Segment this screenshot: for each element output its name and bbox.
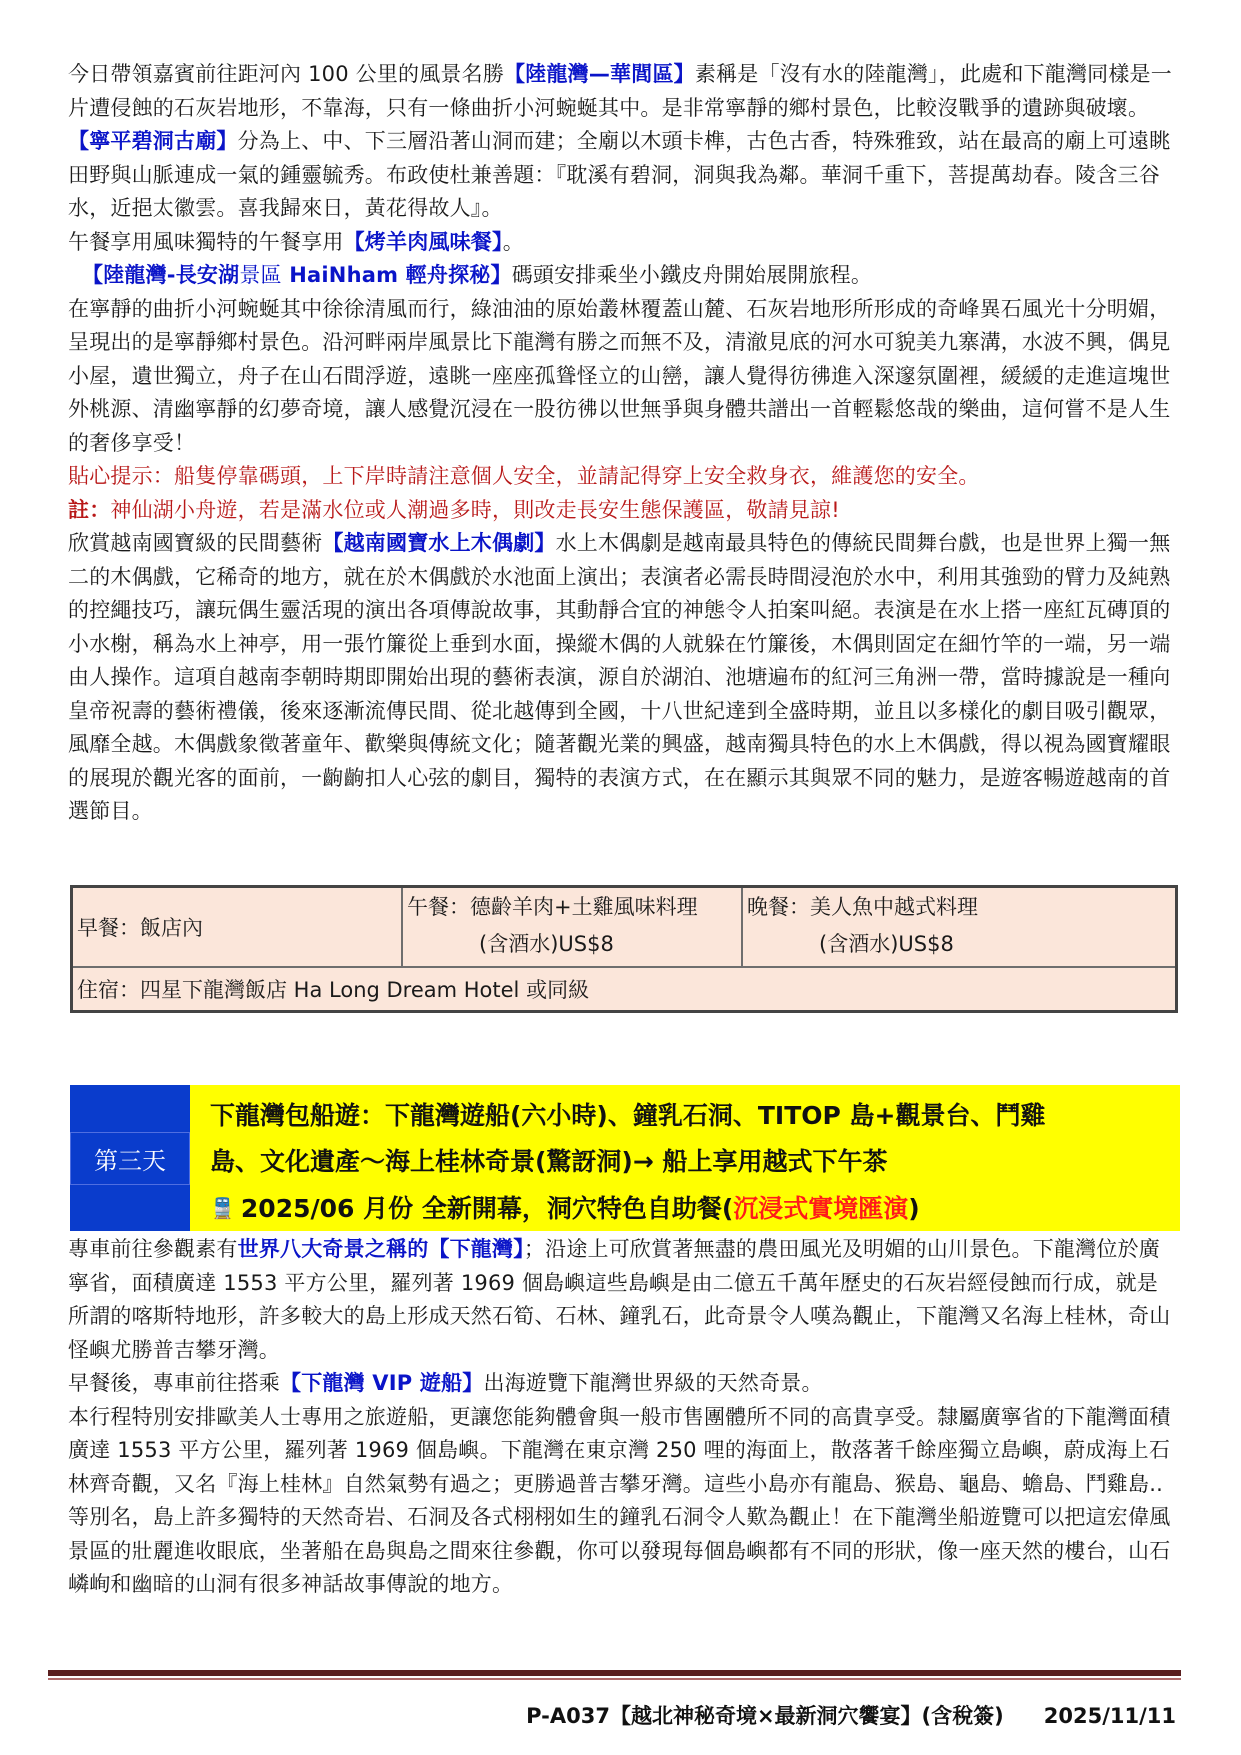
dinner-price: (含酒水)US$8 [747,924,1171,964]
paragraph-water-puppet: 欣賞越南國寶級的民間藝術【越南國寶水上木偶劇】水上木偶劇是越南最具特色的傳統民間… [68,527,1178,829]
footer: P-A037【越北神秘奇境×最新洞穴饗宴】(含稅簽)2025/11/11 [0,1700,1176,1730]
text: 。 [503,230,524,254]
highlight-lunch: 【烤羊肉風味餐】 [344,230,503,254]
text: 午餐享用風味獨特的午餐享用 [68,230,344,254]
safety-tip: 貼心提示：船隻停靠碼頭，上下岸時請注意個人安全，並請記得穿上安全救身衣，維護您的… [68,460,1178,494]
text: ) [908,1194,919,1223]
footer-title: P-A037【越北神秘奇境×最新洞穴饗宴】(含稅簽) [526,1704,1004,1728]
highlight-vip-cruise: 【下龍灣 VIP 遊船】 [280,1371,483,1395]
footer-divider [48,1670,1181,1680]
text: 2025/06 月份 全新開幕，洞穴特色自助餐( [241,1194,733,1223]
hotel-cell: 住宿：四星下龍灣飯店 Ha Long Dream Hotel 或同級 [72,967,1177,1012]
lunch-text: 午餐：德齡羊肉+土雞風味料理 [407,890,737,924]
text: 水上木偶劇是越南最具特色的傳統民間舞台戲，也是世界上獨一無二的木偶戲，它稀奇的地… [68,531,1170,823]
breakfast-cell: 早餐：飯店內 [72,887,403,968]
day3-content: 專車前往參觀素有世界八大奇景之稱的【下龍灣】；沿途上可欣賞著無盡的農田風光及明媚… [68,1233,1178,1602]
meals-row: 早餐：飯店內 午餐：德齡羊肉+土雞風味料理 (含酒水)US$8 晚餐：美人魚中越… [72,887,1177,968]
dinner-text: 晚餐：美人魚中越式料理 [747,890,1171,924]
day3-banner: 第三天 下龍灣包船遊：下龍灣遊船(六小時)、鐘乳石洞、TITOP 島+觀景台、鬥… [70,1085,1180,1231]
day-label-text: 第三天 [70,1132,190,1185]
meals-table: 早餐：飯店內 午餐：德齡羊肉+土雞風味料理 (含酒水)US$8 晚餐：美人魚中越… [70,885,1178,1013]
hotel-row: 住宿：四星下龍灣飯店 Ha Long Dream Hotel 或同級 [72,967,1177,1012]
highlight-boat-a: 【陸龍灣-長安湖 [82,263,239,287]
text: 欣賞越南國寶級的民間藝術 [68,531,322,555]
highlight-temple: 【寧平碧洞古廟】 [68,129,238,153]
day-title-line2: 島、文化遺產～海上桂林奇景(驚訝洞)→ 船上享用越式下午茶 [210,1139,1180,1185]
highlight-immersive-show: 沉浸式實境匯演 [733,1194,908,1223]
paragraph-cruise-detail: 本行程特別安排歐美人士專用之旅遊船，更讓您能夠體會與一般市售團體所不同的高貴享受… [68,1401,1178,1602]
highlight-boat-b: 景區 [239,263,281,287]
paragraph-boat-tour: 【陸龍灣-長安湖景區 HaiNham 輕舟探秘】碼頭安排乘坐小鐵皮舟開始展開旅程… [68,259,1178,293]
highlight-halong: 世界八大奇景之稱的【下龍灣】 [238,1237,524,1261]
day-label: 第三天 [70,1085,190,1231]
highlight-water-puppet: 【越南國寶水上木偶劇】 [322,531,555,555]
day-title: 下龍灣包船遊：下龍灣遊船(六小時)、鐘乳石洞、TITOP 島+觀景台、鬥雞 島、… [190,1085,1180,1231]
note-text: 神仙湖小舟遊，若是滿水位或人潮過多時，則改走長安生態保護區，敬請見諒! [110,498,839,522]
paragraph-vip-cruise: 早餐後，專車前往搭乘【下龍灣 VIP 遊船】出海遊覽下龍灣世界級的天然奇景。 [68,1367,1178,1401]
text: 今日帶領嘉賓前往距河內 100 公里的風景名勝 [68,62,504,86]
lunch-cell: 午餐：德齡羊肉+土雞風味料理 (含酒水)US$8 [402,887,742,968]
paragraph-temple: 【寧平碧洞古廟】分為上、中、下三層沿著山洞而建；全廟以木頭卡榫，古色古香，特殊雅… [68,125,1178,226]
dinner-cell: 晚餐：美人魚中越式料理 (含酒水)US$8 [742,887,1177,968]
text: 專車前往參觀素有 [68,1237,238,1261]
day2-content: 今日帶領嘉賓前往距河內 100 公里的風景名勝【陸龍灣—華閭區】素稱是「沒有水的… [68,58,1178,829]
note-label: 註： [68,498,110,522]
paragraph-river-scenery: 在寧靜的曲折小河蜿蜒其中徐徐清風而行，綠油油的原始叢林覆蓋山麓、石灰岩地形所形成… [68,293,1178,461]
paragraph-lunch: 午餐享用風味獨特的午餐享用【烤羊肉風味餐】。 [68,226,1178,260]
text: 碼頭安排乘坐小鐵皮舟開始展開旅程。 [512,263,872,287]
day-title-line3: 🚆2025/06 月份 全新開幕，洞穴特色自助餐(沉浸式實境匯演) [210,1185,1180,1232]
bus-icon: 🚆 [210,1185,235,1231]
paragraph-lulongwan: 今日帶領嘉賓前往距河內 100 公里的風景名勝【陸龍灣—華閭區】素稱是「沒有水的… [68,58,1178,125]
day-title-line1: 下龍灣包船遊：下龍灣遊船(六小時)、鐘乳石洞、TITOP 島+觀景台、鬥雞 [210,1093,1180,1139]
paragraph-halong: 專車前往參觀素有世界八大奇景之稱的【下龍灣】；沿途上可欣賞著無盡的農田風光及明媚… [68,1233,1178,1367]
footer-date: 2025/11/11 [1044,1704,1176,1728]
text: 早餐後，專車前往搭乘 [68,1371,280,1395]
text: 出海遊覽下龍灣世界級的天然奇景。 [483,1371,822,1395]
lunch-price: (含酒水)US$8 [407,924,737,964]
note: 註：神仙湖小舟遊，若是滿水位或人潮過多時，則改走長安生態保護區，敬請見諒! [68,494,1178,528]
highlight-lulongwan: 【陸龍灣—華閭區】 [504,62,695,86]
highlight-boat-c: HaiNham 輕舟探秘】 [282,263,512,287]
